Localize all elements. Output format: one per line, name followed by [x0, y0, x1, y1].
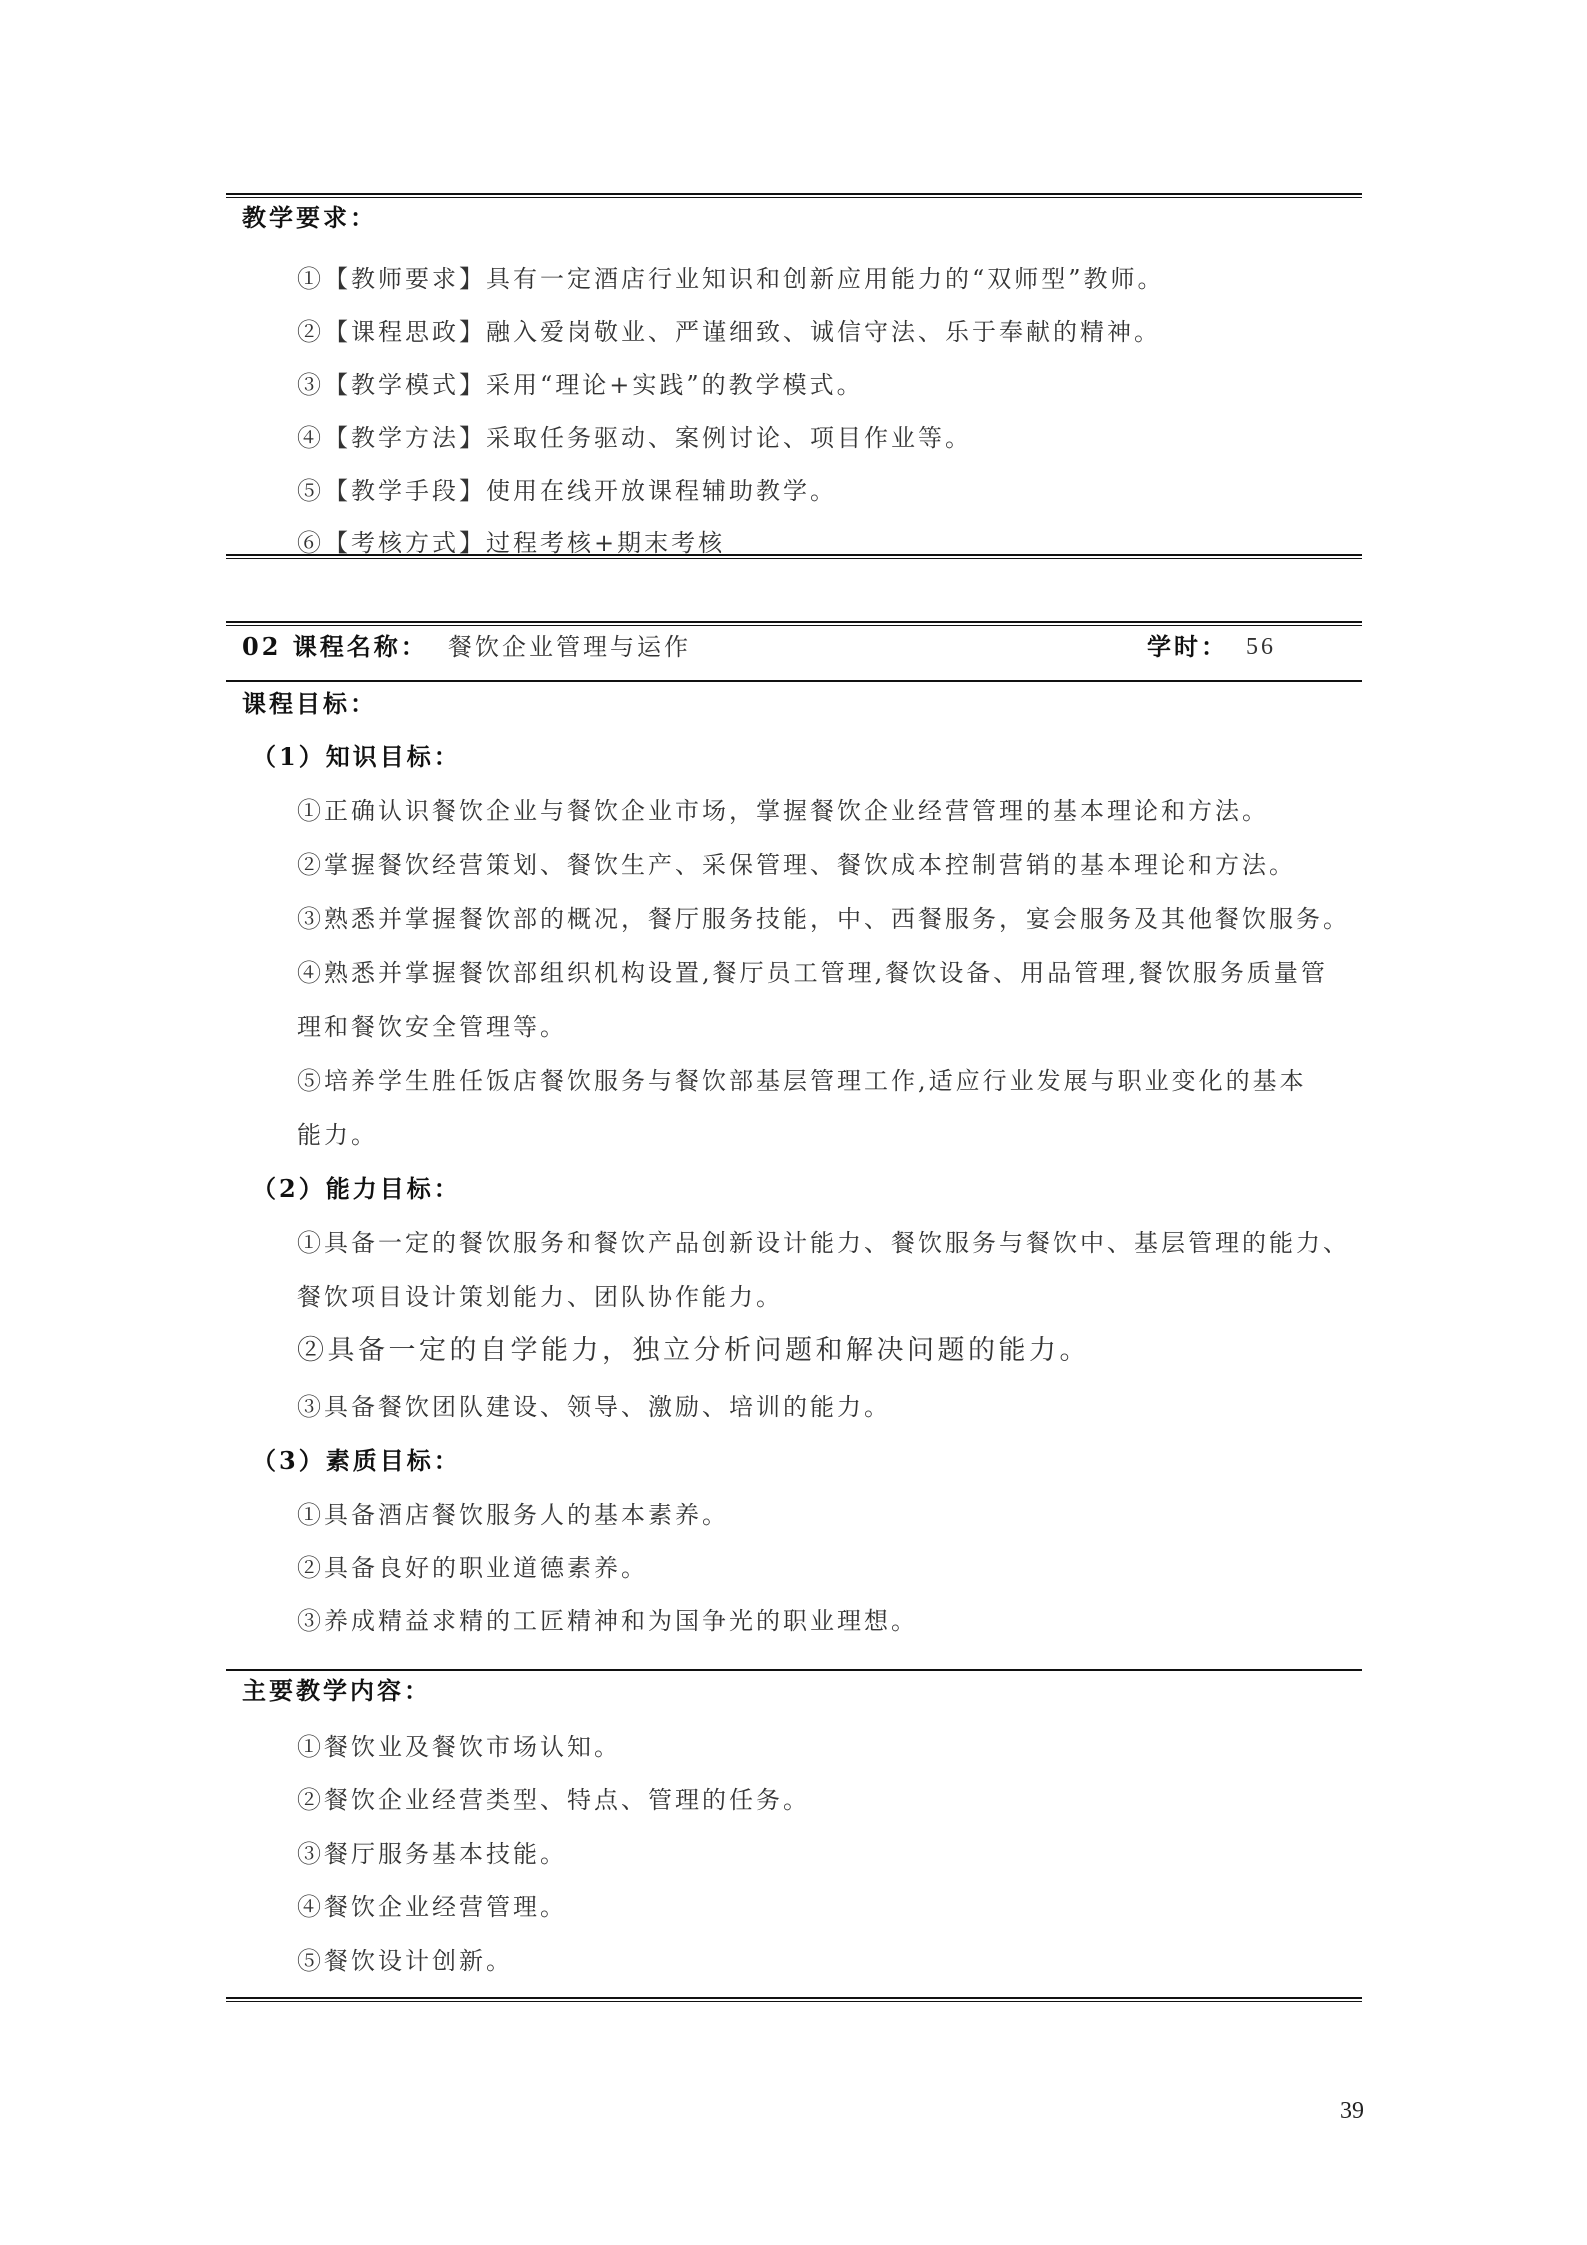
ability-objectives-title: （2）能力目标：	[252, 1174, 461, 1204]
main-content-item: ④餐饮企业经营管理。	[297, 1892, 567, 1922]
quality-objectives-title: （3）素质目标：	[252, 1446, 461, 1476]
requirement-item: ⑤【教学手段】使用在线开放课程辅助教学。	[297, 476, 837, 506]
course-hours-value: 56	[1246, 632, 1276, 662]
course-hours-label: 学时：	[1147, 632, 1228, 662]
knowledge-objective-line: ④熟悉并掌握餐饮部组织机构设置,餐厅员工管理,餐饮设备、用品管理,餐饮服务质量管	[297, 958, 1328, 988]
main-content-item: ①餐饮业及餐饮市场认知。	[297, 1732, 621, 1762]
ability-objective-line: 餐饮项目设计策划能力、团队协作能力。	[297, 1282, 783, 1312]
main-content-top-rule	[226, 1669, 1362, 1671]
ability-objective-line: ①具备一定的餐饮服务和餐饮产品创新设计能力、餐饮服务与餐饮中、基层管理的能力、	[297, 1228, 1350, 1258]
section-end-double-rule	[226, 554, 1362, 559]
page-number: 39	[1340, 2098, 1364, 2125]
top-double-rule	[226, 193, 1362, 198]
requirement-item: ②【课程思政】融入爱岗敬业、严谨细致、诚信守法、乐于奉献的精神。	[297, 317, 1161, 347]
main-content-item: ②餐饮企业经营类型、特点、管理的任务。	[297, 1785, 810, 1815]
quality-objective-line: ③养成精益求精的工匠精神和为国争光的职业理想。	[297, 1606, 918, 1636]
main-content-item: ⑤餐饮设计创新。	[297, 1946, 513, 1976]
requirement-item: ①【教师要求】具有一定酒店行业知识和创新应用能力的“双师型”教师。	[297, 264, 1165, 294]
main-content-item: ③餐厅服务基本技能。	[297, 1839, 567, 1869]
course-name: 餐饮企业管理与运作	[448, 632, 691, 662]
objectives-title: 课程目标：	[242, 689, 377, 719]
knowledge-objective-line: ①正确认识餐饮企业与餐饮企业市场，掌握餐饮企业经营管理的基本理论和方法。	[297, 796, 1269, 826]
requirement-item: ③【教学模式】采用“理论+实践”的教学模式。	[297, 370, 864, 400]
knowledge-objectives-title: （1）知识目标：	[252, 742, 461, 772]
course-number-label: 02 课程名称：	[242, 632, 428, 662]
quality-objective-line: ①具备酒店餐饮服务人的基本素养。	[297, 1500, 729, 1530]
main-content-title: 主要教学内容：	[242, 1676, 431, 1706]
knowledge-objective-line: ②掌握餐饮经营策划、餐饮生产、采保管理、餐饮成本控制营销的基本理论和方法。	[297, 850, 1296, 880]
knowledge-objective-line: ③熟悉并掌握餐饮部的概况，餐厅服务技能，中、西餐服务，宴会服务及其他餐饮服务。	[297, 904, 1350, 934]
knowledge-objective-line: 理和餐饮安全管理等。	[297, 1012, 567, 1042]
course-header-top-rule	[226, 621, 1362, 626]
teaching-requirements-title: 教学要求：	[242, 203, 377, 233]
requirement-item: ④【教学方法】采取任务驱动、案例讨论、项目作业等。	[297, 423, 972, 453]
quality-objective-line: ②具备良好的职业道德素养。	[297, 1553, 648, 1583]
course-header-bottom-rule	[226, 680, 1362, 682]
ability-objective-line: ②具备一定的自学能力，独立分析问题和解决问题的能力。	[297, 1336, 1090, 1366]
bottom-double-rule	[226, 1997, 1362, 2002]
knowledge-objective-line: 能力。	[297, 1120, 378, 1150]
ability-objective-line: ③具备餐饮团队建设、领导、激励、培训的能力。	[297, 1392, 891, 1422]
knowledge-objective-line: ⑤培养学生胜任饭店餐饮服务与餐饮部基层管理工作,适应行业发展与职业变化的基本	[297, 1066, 1307, 1096]
